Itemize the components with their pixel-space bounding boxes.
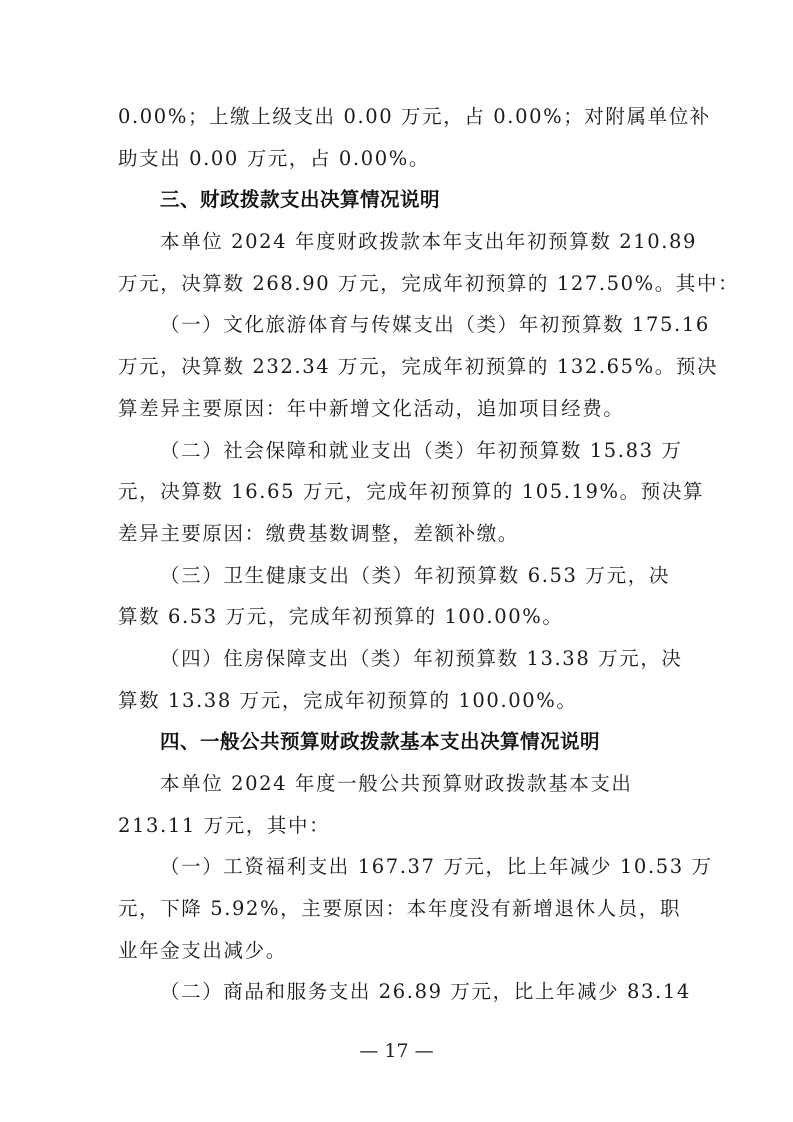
body-line: 业年金支出减少。 bbox=[118, 930, 670, 972]
body-line: 元，下降 5.92%，主要原因：本年度没有新增退休人员，职 bbox=[118, 888, 670, 930]
body-line: 元，决算数 16.65 万元，完成年初预算的 105.19%。预决算 bbox=[118, 471, 670, 513]
body-line: （一）文化旅游体育与传媒支出（类）年初预算数 175.16 bbox=[118, 304, 670, 346]
body-line: 算数 13.38 万元，完成年初预算的 100.00%。 bbox=[118, 680, 670, 722]
body-line: （二）社会保障和就业支出（类）年初预算数 15.83 万 bbox=[118, 430, 670, 472]
document-body: 0.00%；上缴上级支出 0.00 万元，占 0.00%；对附属单位补 助支出 … bbox=[118, 96, 670, 1013]
section-heading-4: 四、一般公共预算财政拨款基本支出决算情况说明 bbox=[118, 721, 670, 763]
body-line: 差异主要原因：缴费基数调整，差额补缴。 bbox=[118, 513, 670, 555]
body-line: 算数 6.53 万元，完成年初预算的 100.00%。 bbox=[118, 596, 670, 638]
body-line: 本单位 2024 年度一般公共预算财政拨款基本支出 bbox=[118, 763, 670, 805]
body-line: （二）商品和服务支出 26.89 万元，比上年减少 83.14 bbox=[118, 971, 670, 1013]
document-page: 0.00%；上缴上级支出 0.00 万元，占 0.00%；对附属单位补 助支出 … bbox=[0, 0, 793, 1122]
body-line: 213.11 万元，其中： bbox=[118, 805, 670, 847]
section-heading-3: 三、财政拨款支出决算情况说明 bbox=[118, 179, 670, 221]
body-line: 算差异主要原因：年中新增文化活动，追加项目经费。 bbox=[118, 388, 670, 430]
body-line: （一）工资福利支出 167.37 万元，比上年减少 10.53 万 bbox=[118, 846, 670, 888]
body-line: 0.00%；上缴上级支出 0.00 万元，占 0.00%；对附属单位补 bbox=[118, 96, 670, 138]
body-line: 万元，决算数 232.34 万元，完成年初预算的 132.65%。预决 bbox=[118, 346, 670, 388]
body-line: 助支出 0.00 万元，占 0.00%。 bbox=[118, 138, 670, 180]
body-line: 本单位 2024 年度财政拨款本年支出年初预算数 210.89 bbox=[118, 221, 670, 263]
body-line: （三）卫生健康支出（类）年初预算数 6.53 万元，决 bbox=[118, 555, 670, 597]
body-line: 万元，决算数 268.90 万元，完成年初预算的 127.50%。其中： bbox=[118, 263, 670, 305]
page-number: — 17 — bbox=[0, 1040, 793, 1062]
body-line: （四）住房保障支出（类）年初预算数 13.38 万元，决 bbox=[118, 638, 670, 680]
